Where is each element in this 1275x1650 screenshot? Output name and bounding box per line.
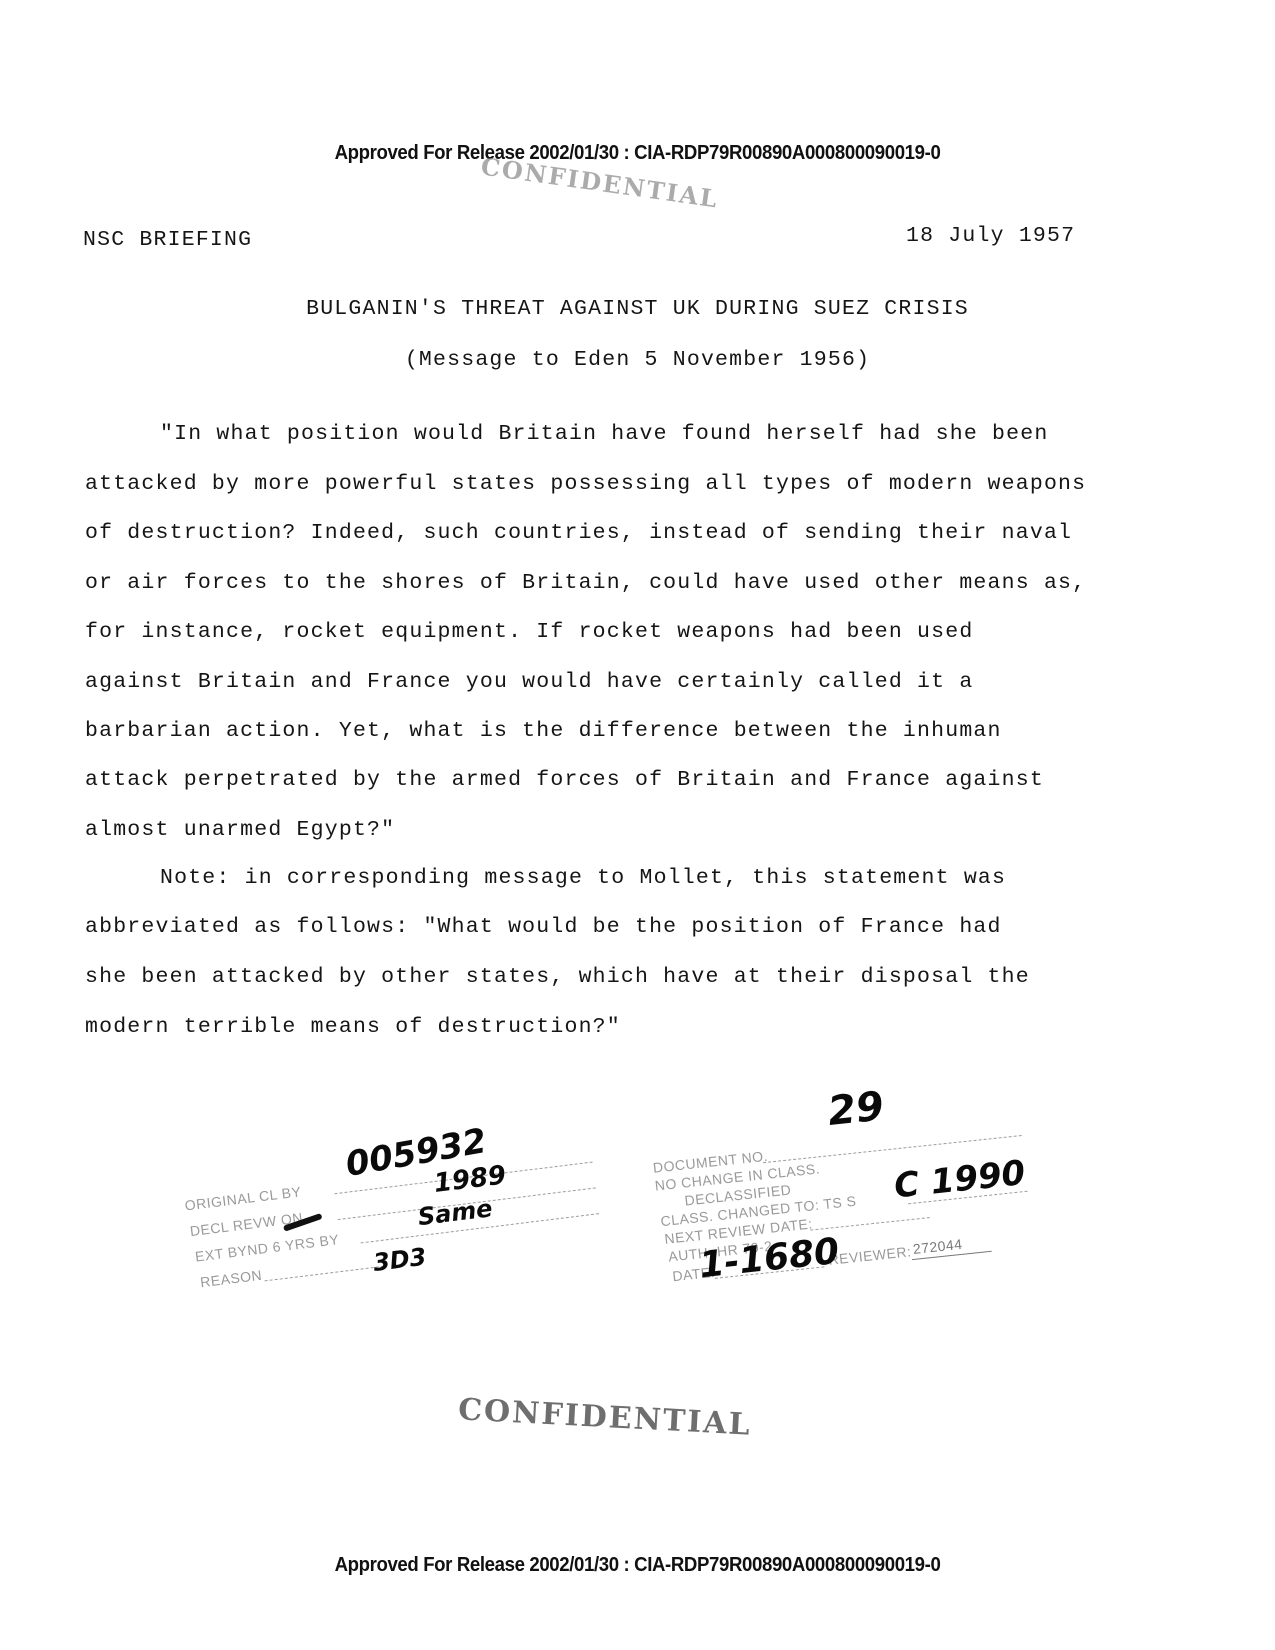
handwritten-doc-no: 29 (826, 1083, 886, 1135)
right-classification-stamp: DOCUMENT NO. NO CHANGE IN CLASS. DECLASS… (648, 1078, 1067, 1319)
quote-line: attack perpetrated by the armed forces o… (85, 768, 1044, 792)
note-line: she been attacked by other states, which… (85, 965, 1030, 989)
stamp-label-ext: EXT BYND 6 YRS BY (194, 1231, 340, 1265)
quote-line: or air forces to the shores of Britain, … (85, 571, 1086, 595)
memo-title: BULGANIN'S THREAT AGAINST UK DURING SUEZ… (0, 297, 1275, 321)
classification-stamp-bottom: CONFIDENTIAL (457, 1392, 752, 1442)
stamp-label-reason: REASON (199, 1267, 263, 1290)
note-line: Note: in corresponding message to Mollet… (160, 866, 1006, 890)
stamp-rule (265, 1266, 384, 1282)
quote-line: against Britain and France you would hav… (85, 670, 973, 694)
release-footer: Approved For Release 2002/01/30 : CIA-RD… (45, 1554, 1231, 1577)
handwritten-ext: Same (416, 1194, 494, 1231)
quote-line: barbarian action. Yet, what is the diffe… (85, 719, 1002, 743)
stamp-rule (810, 1217, 929, 1231)
handwritten-class-changed: C 1990 (892, 1153, 1027, 1207)
quote-line: "In what position would Britain have fou… (160, 422, 1048, 446)
memo-date: 18 July 1957 (906, 224, 1075, 248)
left-classification-stamp: ORIGINAL CL BY DECL REVW ON EXT BYND 6 Y… (178, 1099, 617, 1329)
quote-line: almost unarmed Egypt?" (85, 818, 395, 842)
quote-line: attacked by more powerful states possess… (85, 472, 1086, 496)
release-header: Approved For Release 2002/01/30 : CIA-RD… (45, 142, 1231, 165)
stamp-label-original-cl-by: ORIGINAL CL BY (184, 1183, 302, 1213)
note-line: modern terrible means of destruction?" (85, 1015, 621, 1039)
memo-subtitle: (Message to Eden 5 November 1956) (0, 348, 1275, 372)
note-line: abbreviated as follows: "What would be t… (85, 915, 1002, 939)
handwritten-reason: 3D3 (372, 1243, 428, 1277)
quote-line: of destruction? Indeed, such countries, … (85, 521, 1072, 545)
quote-line: for instance, rocket equipment. If rocke… (85, 620, 973, 644)
memo-label: NSC BRIEFING (83, 228, 252, 252)
